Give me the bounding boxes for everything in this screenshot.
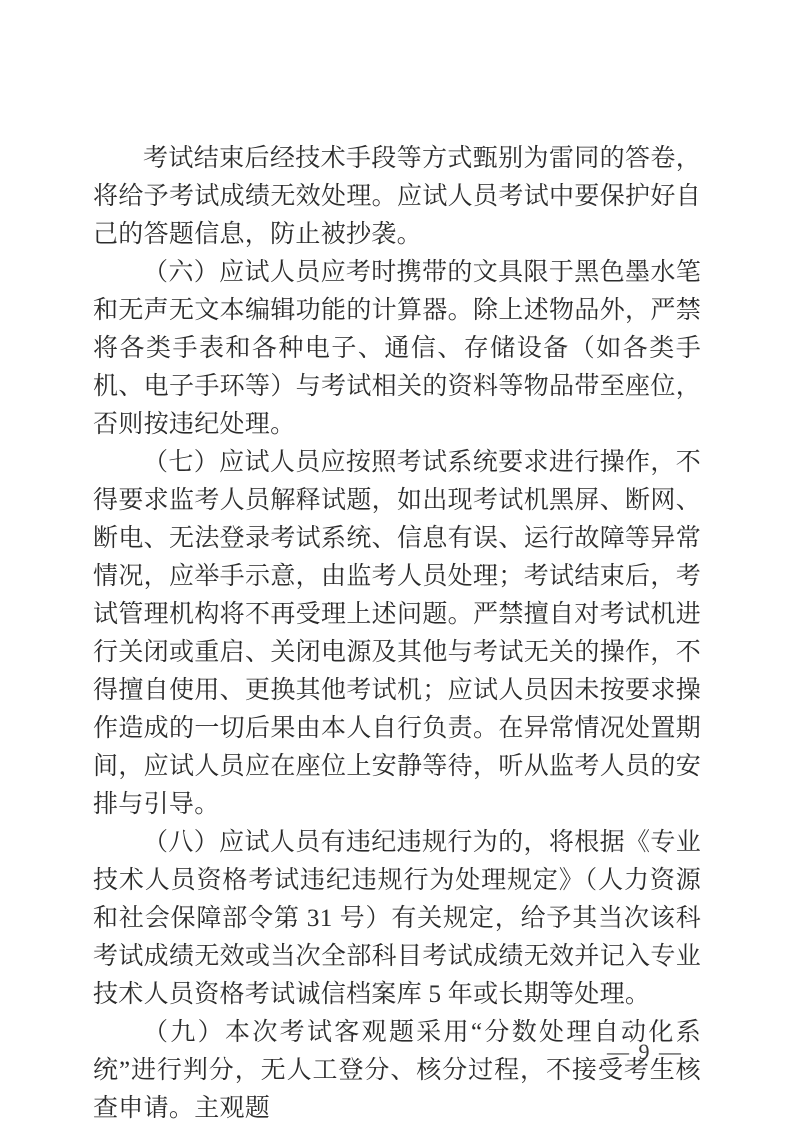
paragraph-rule-8: （八）应试人员有违纪违规行为的，将根据《专业技术人员资格考试违纪违规行为处理规定…	[93, 824, 701, 1014]
paragraph-rule-6: （六）应试人员应考时携带的文具限于黑色墨水笔和无声无文本编辑功能的计算器。除上述…	[93, 254, 701, 444]
page-number: — 9 —	[607, 1038, 683, 1066]
paragraph-rule-9: （九）本次考试客观题采用“分数处理自动化系统”进行判分，无人工登分、核分过程，不…	[93, 1014, 701, 1122]
paragraph-rule-7: （七）应试人员应按照考试系统要求进行操作，不得要求监考人员解释试题，如出现考试机…	[93, 444, 701, 824]
paragraph-duplicate-answer-notice: 考试结束后经技术手段等方式甄别为雷同的答卷，将给予考试成绩无效处理。应试人员考试…	[93, 140, 701, 254]
document-body: 考试结束后经技术手段等方式甄别为雷同的答卷，将给予考试成绩无效处理。应试人员考试…	[93, 140, 701, 1122]
document-page: 考试结束后经技术手段等方式甄别为雷同的答卷，将给予考试成绩无效处理。应试人员考试…	[0, 0, 793, 1122]
